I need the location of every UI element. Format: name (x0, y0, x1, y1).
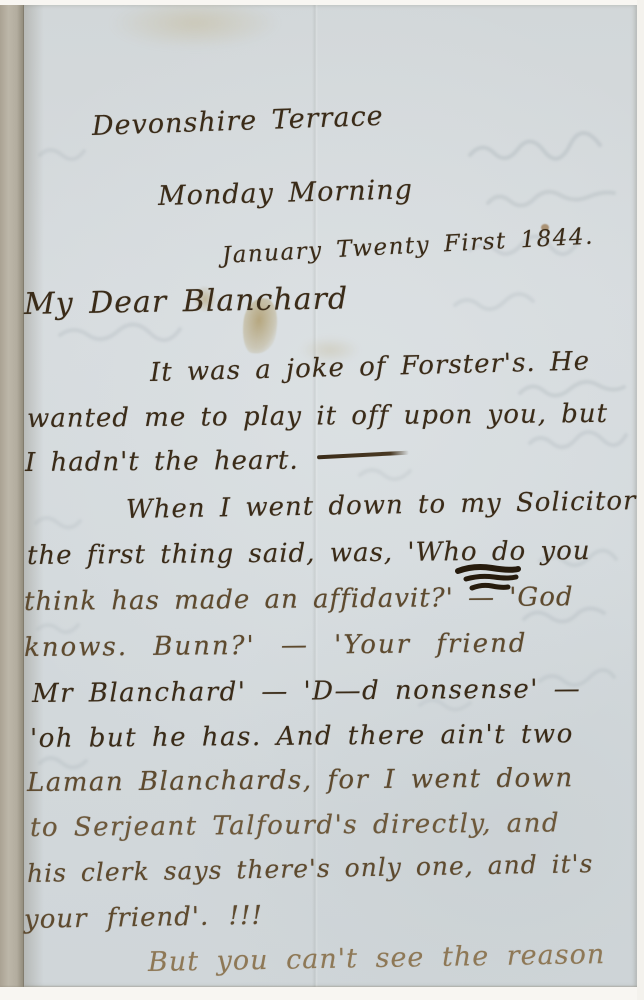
body-line: Mr Blanchard' — 'D—d nonsense' — (32, 674, 581, 709)
body-line: 'oh but he has. And there ain't two (30, 719, 574, 754)
body-line: wanted me to play it off upon you, but (27, 399, 608, 434)
letter-page: Devonshire Terrace Monday Morning Januar… (0, 5, 637, 987)
body-line: knows. Bunn?' — 'Your friend (24, 629, 528, 663)
scan-margin-right (637, 0, 644, 1000)
salutation: My Dear Blanchard (24, 281, 349, 322)
body-line: I hadn't the heart. (25, 446, 299, 478)
scribble-correction (452, 563, 524, 597)
body-line: your friend'. !!! (24, 901, 263, 935)
body-line: to Serjeant Talfourd's directly, and (30, 808, 560, 843)
letter-scan: Devonshire Terrace Monday Morning Januar… (0, 0, 644, 1000)
scan-margin-top (0, 0, 644, 5)
scan-margin-bottom (0, 987, 644, 1000)
body-line: Laman Blanchards, for I went down (27, 763, 574, 798)
